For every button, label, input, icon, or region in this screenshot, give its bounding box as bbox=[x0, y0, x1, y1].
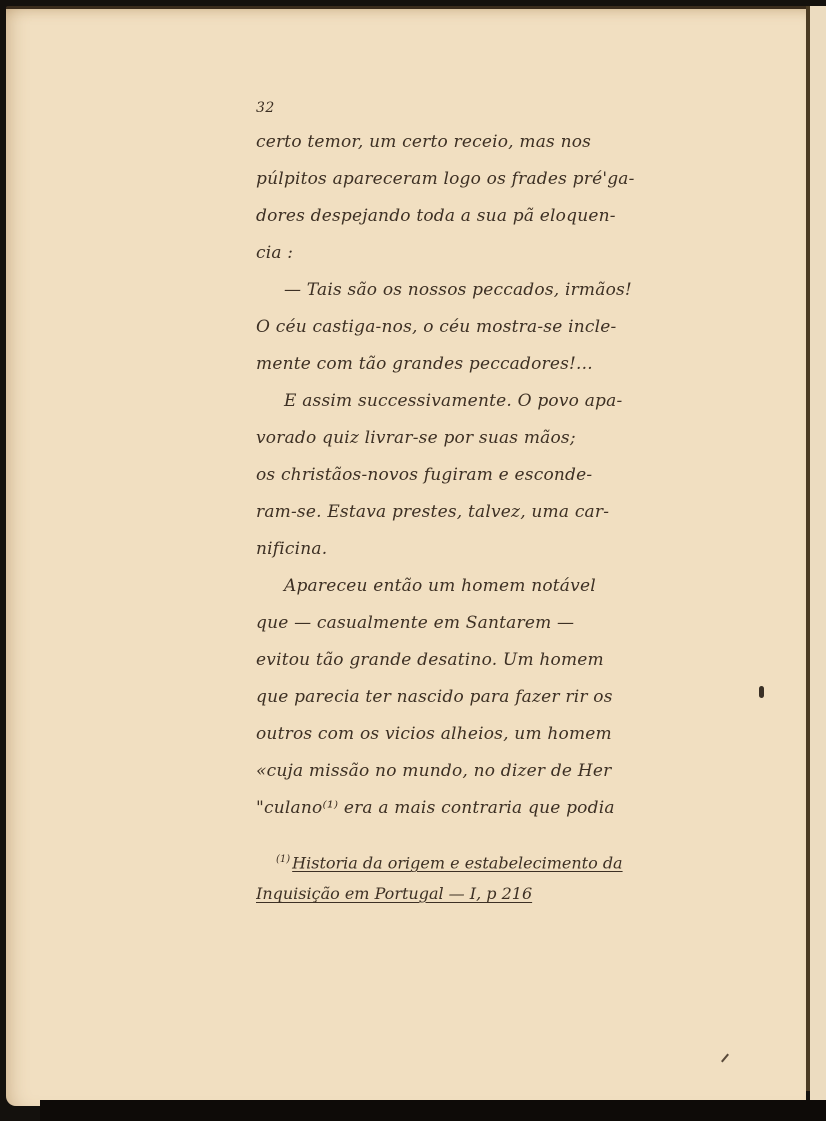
text-line: certo temor, um certo receio, mas nos bbox=[256, 124, 716, 161]
scanned-page-view: 32 certo temor, um certo receio, mas nos… bbox=[0, 0, 826, 1121]
page-number: 32 bbox=[256, 100, 716, 120]
text-line: outros com os vicios alheios, um homem bbox=[256, 716, 716, 753]
adjacent-page-edge bbox=[810, 6, 826, 1101]
text-line: os christãos-novos fugiram e esconde- bbox=[256, 457, 716, 494]
text-line: ram-se. Estava prestes, talvez, uma car- bbox=[256, 494, 716, 531]
text-line: — Tais são os nossos peccados, irmãos! bbox=[256, 272, 716, 309]
text-line: "culano⁽¹⁾ era a mais contraria que podi… bbox=[256, 790, 716, 827]
text-line: vorado quiz livrar-se por suas mãos; bbox=[256, 420, 716, 457]
ink-blot bbox=[759, 686, 764, 698]
text-line: púlpitos apareceram logo os frades pré'g… bbox=[256, 161, 716, 198]
scan-background bbox=[40, 1100, 826, 1121]
text-line: nificina. bbox=[256, 531, 716, 568]
text-line: dores despejando toda a sua pã eloquen- bbox=[256, 198, 716, 235]
text-line: mente com tão grandes peccadores!... bbox=[256, 346, 716, 383]
text-line: que parecia ter nascido para fazer rir o… bbox=[256, 679, 716, 716]
text-line: cia : bbox=[256, 235, 716, 272]
footnote: (1)Historia da origem e estabelecimento … bbox=[256, 843, 716, 911]
text-line: Apareceu então um homem notável bbox=[256, 568, 716, 605]
footnote-line: (1)Historia da origem e estabelecimento … bbox=[256, 843, 716, 877]
footnote-text: Historia da origem e estabelecimento da bbox=[292, 853, 622, 872]
footnote-line: Inquisição em Portugal — I, p 216 bbox=[256, 877, 716, 911]
text-line: «cuja missão no mundo, no dizer de Her bbox=[256, 753, 716, 790]
manuscript-body: 32 certo temor, um certo receio, mas nos… bbox=[256, 100, 716, 827]
text-line: evitou tão grande desatino. Um homem bbox=[256, 642, 716, 679]
text-line: O céu castiga-nos, o céu mostra-se incle… bbox=[256, 309, 716, 346]
text-line: E assim successivamente. O povo apa- bbox=[256, 383, 716, 420]
text-line: que — casualmente em Santarem — bbox=[256, 605, 716, 642]
footnote-marker: (1) bbox=[276, 843, 290, 877]
